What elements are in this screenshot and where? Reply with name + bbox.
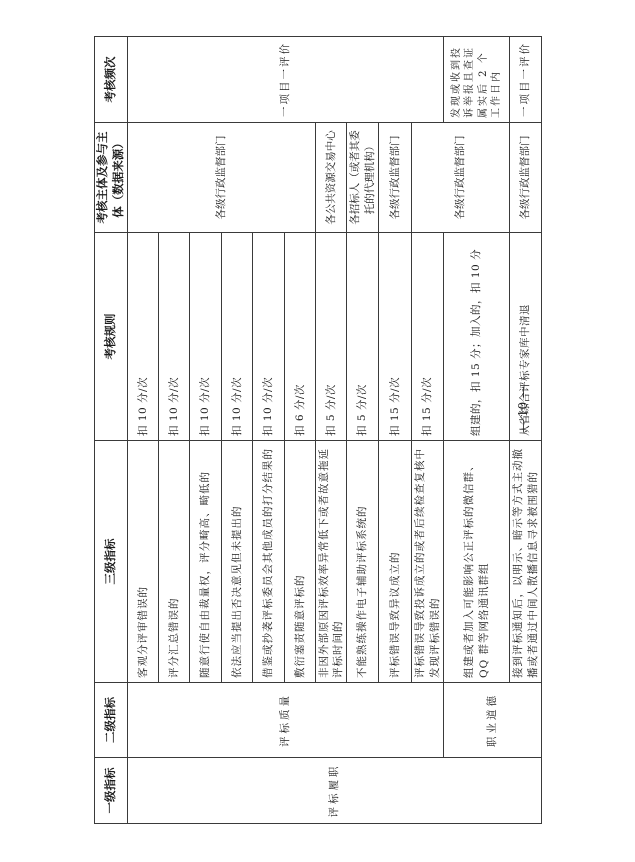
- indicator-cell: 客观分评审错误的: [128, 441, 159, 683]
- header-row: 一级指标 二级指标 三级指标 考核规则 考核主体及参与主体（数据来源） 考核频次: [95, 37, 128, 824]
- subject-cell: 各公共资源交易中心: [316, 123, 347, 233]
- rule-cell: 扣 10 分/次: [253, 233, 285, 441]
- indicator-cell: 评分汇总错误的: [159, 441, 190, 683]
- rule-cell: 扣 10 分/次: [190, 233, 222, 441]
- evaluation-indicator-table: 一级指标 二级指标 三级指标 考核规则 考核主体及参与主体（数据来源） 考核频次…: [94, 36, 542, 824]
- frequency-cell: 一项目一评价: [128, 37, 444, 123]
- table-row: 评标履职 评标质量 客观分评审错误的 扣 10 分/次 各级行政监督部门 一项目…: [128, 37, 159, 824]
- rotated-table-page: 一级指标 二级指标 三级指标 考核规则 考核主体及参与主体（数据来源） 考核频次…: [94, 37, 541, 824]
- indicator-cell: 评标错误导致异议成立的: [379, 441, 412, 683]
- subject-cell: 各级行政监督部门: [128, 123, 316, 233]
- subject-cell: 各级行政监督部门: [412, 123, 510, 233]
- header-level2: 二级指标: [95, 683, 128, 758]
- indicator-cell: 非因外部原因评标效率异常低下或者故意拖延评标时间的: [316, 441, 347, 683]
- subject-cell: 各招标人（或者其委托的代理机构）: [347, 123, 379, 233]
- indicator-cell: 随意行使自由裁量权，评分畸高、畸低的: [190, 441, 222, 683]
- header-frequency: 考核频次: [95, 37, 128, 123]
- rule-cell: 扣 6 分/次: [285, 233, 316, 441]
- page-number-text: — 10 —: [513, 386, 533, 433]
- indicator-cell: 组建或者加入可能影响公正评标的微信群、QQ 群等网络通讯群组: [444, 441, 510, 683]
- header-level3: 三级指标: [95, 441, 128, 683]
- frequency-cell: 发现或收到投诉举报且查证属实后 2 个工作日内: [444, 37, 510, 123]
- indicator-cell: 借鉴或抄袭评标委员会其他成员的打分结果的: [253, 441, 285, 683]
- rule-cell: 扣 5 分/次: [347, 233, 379, 441]
- indicator-cell: 敷衍塞责随意评标的: [285, 441, 316, 683]
- level1-cell: 评标履职: [128, 758, 542, 824]
- page-number: — 10 —: [513, 413, 603, 433]
- subject-cell: 各级行政监督部门: [379, 123, 412, 233]
- frequency-cell: 一项目一评价: [510, 37, 542, 123]
- indicator-cell: 接到评标通知后，以明示、暗示等方式主动撤播或者通过中间人散播信息寻求被围猎的: [510, 441, 542, 683]
- indicator-cell: 不能熟练操作电子辅助评标系统的: [347, 441, 379, 683]
- indicator-cell: 评标错误导致投诉成立的或者后续检查复核中发现评标错误的: [412, 441, 444, 683]
- rule-cell: 扣 10 分/次: [159, 233, 190, 441]
- indicator-cell: 依法应当提出否决意见但未提出的: [222, 441, 253, 683]
- rule-cell: 扣 10 分/次: [128, 233, 159, 441]
- header-rule: 考核规则: [95, 233, 128, 441]
- rule-cell: 扣 5 分/次: [316, 233, 347, 441]
- header-subject: 考核主体及参与主体（数据来源）: [95, 123, 128, 233]
- rule-cell: 扣 15 分/次: [379, 233, 412, 441]
- rule-cell: 扣 10 分/次: [222, 233, 253, 441]
- subject-cell: 各级行政监督部门: [510, 123, 542, 233]
- level2-cell-ethics: 职业道德: [444, 683, 542, 758]
- header-level1: 一级指标: [95, 758, 128, 824]
- level2-cell-quality: 评标质量: [128, 683, 444, 758]
- rule-cell: 扣 15 分/次: [412, 233, 444, 441]
- rule-cell: 组建的，扣 15 分；加入的，扣 10 分: [444, 233, 510, 441]
